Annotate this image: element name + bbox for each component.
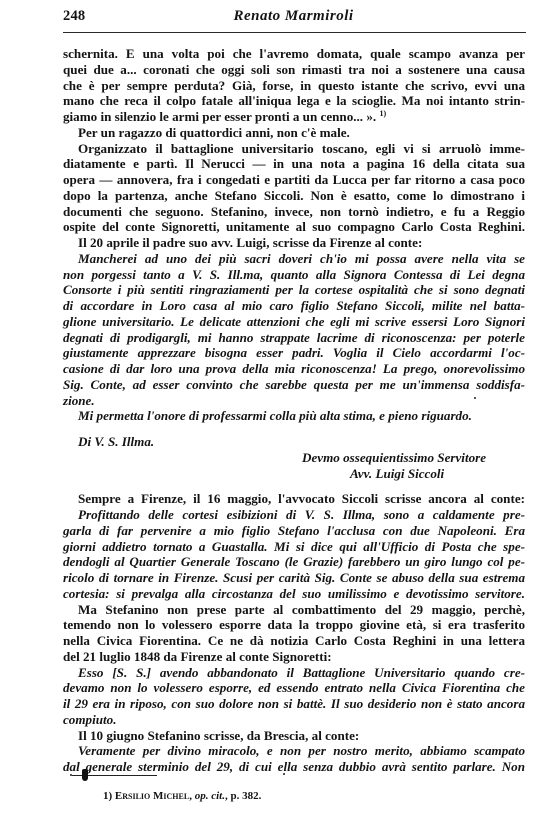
text-line: Sig. Conte, ad esser convinto che sarebb… [63, 377, 525, 393]
line-text: giorni addietro tornato a Guastalla. Mi … [63, 539, 525, 554]
line-text: Il 10 giugno Stefanino scrisse, da Bresc… [78, 728, 359, 743]
text-line: Esso [S. S.] avendo abbandonato il Batta… [63, 665, 525, 681]
line-text: mano che reca il colpo fatale all'iniqua… [63, 93, 525, 108]
text-line: garla di far pervenire a mio figlio Stef… [63, 523, 525, 539]
speck [70, 774, 72, 776]
line-text: ricolo di tornare in Firenze. Scusi per … [63, 570, 525, 585]
header-rule [63, 32, 526, 33]
line-text: dopo la partenza, anche Stefano Siccoli.… [63, 188, 525, 203]
line-text: Veramente per divino miracolo, e non per… [78, 743, 525, 758]
text-line: diatamente e partì. Il Nerucci — in una … [63, 156, 525, 172]
text-line: di accordare in Loro casa al mio caro fi… [63, 298, 525, 314]
footnote-page-ref: p. 382. [230, 790, 261, 802]
text-line: il 29 era in riposo, con suo dolore non … [63, 696, 525, 712]
text-line: che è per sempre perduta? Già, forse, in… [63, 78, 525, 94]
line-text: garla di far pervenire a mio figlio Stef… [63, 523, 525, 538]
line-text: temendo non lo volessero esporre data la… [63, 617, 525, 632]
text-line: compiuto. [63, 712, 525, 728]
text-line: Mancherei ad uno dei più sacri doveri ch… [63, 251, 525, 267]
line-text: di accordare in Loro casa al mio caro fi… [63, 298, 525, 313]
line-text: Consorte i più sentiti ringraziamenti pe… [63, 282, 525, 297]
line-text: Esso [S. S.] avendo abbandonato il Batta… [78, 665, 525, 680]
paragraph-gap [63, 481, 525, 491]
line-text: Profittando delle cortesi esibizioni di … [78, 507, 525, 522]
text-line: Devmo ossequientissimo Servitore [63, 450, 525, 466]
text-line: zione. [63, 393, 525, 409]
footnote: 1) Ersilio Michel, op. cit., p. 382. [103, 790, 261, 802]
text-line: dal generale sterminio del 29, di cui el… [63, 759, 525, 775]
text-line: schernita. E una volta poi che l'avremo … [63, 46, 525, 62]
line-text: dendogli al Quartier Generale Toscano (l… [63, 554, 525, 569]
text-line: non porgessi tanto a V. S. Ill.ma, quant… [63, 267, 525, 283]
text-line: Per un ragazzo di quattordici anni, non … [63, 125, 525, 141]
ink-blot [82, 769, 88, 781]
line-text: compiuto. [63, 712, 116, 727]
line-text: documenti che seguono. Stefanino, invece… [63, 204, 525, 219]
speck [283, 773, 285, 775]
text-line: Organizzato il battaglione universitario… [63, 141, 525, 157]
line-text: ospite del conte Signoretti, unitamente … [63, 219, 525, 234]
text-line: glione universitario. Le delicate attenz… [63, 314, 525, 330]
text-line: casione di dar loro una prova della mia … [63, 361, 525, 377]
line-text: nella Civica Fiorentina. Ce ne dà notizi… [63, 633, 525, 648]
footnote-reference: 1) [379, 109, 386, 118]
text-line: giamo in silenzio le armi per esser pron… [63, 109, 525, 125]
text-line: opera — annovera, fra i congedati e part… [63, 172, 525, 188]
text-line: Profittando delle cortesi esibizioni di … [63, 507, 525, 523]
text-line: giorni addietro tornato a Guastalla. Mi … [63, 539, 525, 555]
running-head: Renato Marmiroli [63, 8, 524, 25]
text-line: Il 20 aprile il padre suo avv. Luigi, sc… [63, 235, 525, 251]
text-line: giustamente apprezzare bisogna esser pad… [63, 345, 525, 361]
line-text: Avv. Luigi Siccoli [350, 466, 444, 481]
line-text: Mancherei ad uno dei più sacri doveri ch… [78, 251, 525, 266]
line-text: Mi permetta l'onore di professarmi colla… [78, 408, 472, 423]
text-line: ricolo di tornare in Firenze. Scusi per … [63, 570, 525, 586]
line-text: degnati di prodigargli, mi hanno strappa… [63, 330, 525, 345]
text-line: Consorte i più sentiti ringraziamenti pe… [63, 282, 525, 298]
text-line: degnati di prodigargli, mi hanno strappa… [63, 330, 525, 346]
footnote-marker: 1) [103, 790, 112, 802]
text-line: del 21 luglio 1848 da Firenze al conte S… [63, 649, 525, 665]
text-line: Sempre a Firenze, il 16 maggio, l'avvoca… [63, 491, 525, 507]
line-text: Di V. S. Illma. [78, 434, 154, 449]
line-text: dal generale sterminio del 29, di cui el… [63, 759, 525, 774]
line-text: giustamente apprezzare bisogna esser pad… [63, 345, 525, 360]
text-line: ospite del conte Signoretti, unitamente … [63, 219, 525, 235]
text-line: Ma Stefanino non prese parte al combatti… [63, 602, 525, 618]
line-text: diatamente e partì. Il Nerucci — in una … [63, 156, 525, 171]
line-text: che è per sempre perduta? Già, forse, in… [63, 78, 525, 93]
line-text: Per un ragazzo di quattordici anni, non … [78, 125, 350, 140]
text-line: dopo la partenza, anche Stefano Siccoli.… [63, 188, 525, 204]
footnote-citation: op. cit. [195, 790, 225, 802]
text-line: devamo non lo volessero esporre, ed esse… [63, 680, 525, 696]
paragraph-gap [63, 424, 525, 434]
text-line: cortesia: si prevalga alla circostanza d… [63, 586, 525, 602]
line-text: giamo in silenzio le armi per esser pron… [63, 109, 376, 124]
line-text: zione. [63, 393, 95, 408]
book-page: 248 Renato Marmiroli schernita. E una vo… [0, 0, 550, 819]
speck [474, 397, 476, 399]
text-line: dendogli al Quartier Generale Toscano (l… [63, 554, 525, 570]
line-text: Il 20 aprile il padre suo avv. Luigi, sc… [78, 235, 422, 250]
text-line: temendo non lo volessero esporre data la… [63, 617, 525, 633]
body-text: schernita. E una volta poi che l'avremo … [63, 46, 525, 775]
text-line: nella Civica Fiorentina. Ce ne dà notizi… [63, 633, 525, 649]
line-text: non porgessi tanto a V. S. Ill.ma, quant… [63, 267, 525, 282]
text-line: Veramente per divino miracolo, e non per… [63, 743, 525, 759]
line-text: quei due a... coronati che oggi soli son… [63, 62, 525, 77]
footnote-author: Ersilio Michel [115, 790, 189, 802]
line-text: Organizzato il battaglione universitario… [78, 141, 525, 156]
line-text: del 21 luglio 1848 da Firenze al conte S… [63, 649, 332, 664]
line-text: il 29 era in riposo, con suo dolore non … [63, 696, 525, 711]
line-text: cortesia: si prevalga alla circostanza d… [63, 586, 525, 601]
text-line: Di V. S. Illma. [63, 434, 525, 450]
line-text: devamo non lo volessero esporre, ed esse… [63, 680, 525, 695]
text-line: Mi permetta l'onore di professarmi colla… [63, 408, 525, 424]
page-header: 248 Renato Marmiroli [63, 8, 524, 28]
line-text: Sig. Conte, ad esser convinto che sarebb… [63, 377, 525, 392]
text-line: Avv. Luigi Siccoli [63, 466, 525, 482]
line-text: Ma Stefanino non prese parte al combatti… [78, 602, 525, 617]
line-text: glione universitario. Le delicate attenz… [63, 314, 525, 329]
line-text: Sempre a Firenze, il 16 maggio, l'avvoca… [78, 491, 525, 506]
text-line: quei due a... coronati che oggi soli son… [63, 62, 525, 78]
line-text: opera — annovera, fra i congedati e part… [63, 172, 525, 187]
text-line: mano che reca il colpo fatale all'iniqua… [63, 93, 525, 109]
text-line: documenti che seguono. Stefanino, invece… [63, 204, 525, 220]
line-text: schernita. E una volta poi che l'avremo … [63, 46, 525, 61]
text-line: Il 10 giugno Stefanino scrisse, da Bresc… [63, 728, 525, 744]
line-text: Devmo ossequientissimo Servitore [302, 450, 486, 465]
line-text: casione di dar loro una prova della mia … [63, 361, 525, 376]
